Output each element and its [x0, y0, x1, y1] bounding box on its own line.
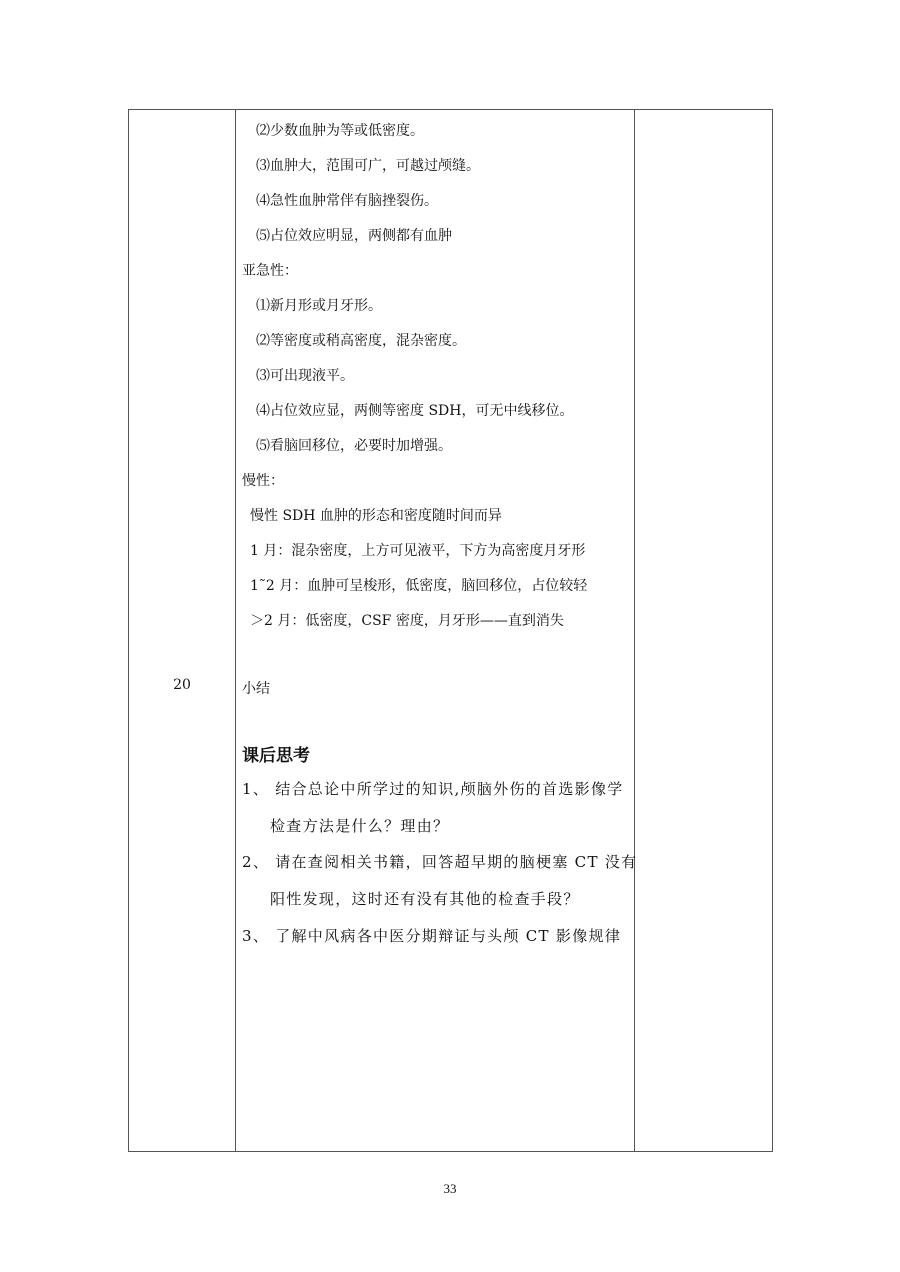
- column-divider: [235, 110, 236, 1151]
- subacute-item: ⑶可出现液平。: [256, 366, 354, 386]
- homework-question: 2、 请在查阅相关书籍，回答超早期的脑梗塞 CT 没有: [242, 852, 637, 872]
- summary-label: 小结: [242, 679, 270, 699]
- chronic-item: ＞2 月：低密度，CSF 密度，月牙形——直到消失: [250, 611, 564, 631]
- subacute-item: ⑷占位效应显，两侧等密度 SDH，可无中线移位。: [256, 401, 573, 421]
- homework-question: 3、 了解中风病各中医分期辩证与头颅 CT 影像规律: [242, 926, 621, 946]
- acute-item: ⑸占位效应明显，两侧都有血肿: [256, 226, 452, 246]
- acute-item: ⑵少数血肿为等或低密度。: [256, 121, 424, 141]
- subacute-item: ⑵等密度或稍高密度，混杂密度。: [256, 331, 466, 351]
- page-number: 33: [0, 1181, 900, 1197]
- lesson-plan-table: 20 ⑵少数血肿为等或低密度。 ⑶血肿大，范围可广，可越过颅缝。 ⑷急性血肿常伴…: [128, 109, 773, 1152]
- time-cell: 20: [129, 677, 235, 693]
- homework-question: 1、 结合总论中所学过的知识,颅脑外伤的首选影像学: [242, 779, 624, 799]
- subacute-item: ⑸看脑回移位，必要时加增强。: [256, 436, 452, 456]
- acute-item: ⑷急性血肿常伴有脑挫裂伤。: [256, 191, 438, 211]
- subacute-item: ⑴新月形或月牙形。: [256, 296, 382, 316]
- acute-item: ⑶血肿大，范围可广，可越过颅缝。: [256, 156, 480, 176]
- subacute-label: 亚急性：: [242, 261, 298, 281]
- chronic-item: 1 月：混杂密度，上方可见液平，下方为高密度月牙形: [250, 541, 585, 561]
- homework-question-cont: 检查方法是什么？理由？: [270, 816, 449, 836]
- chronic-label: 慢性：: [242, 471, 284, 491]
- chronic-item: 慢性 SDH 血肿的形态和密度随时间而异: [250, 506, 502, 526]
- homework-title: 课后思考: [242, 746, 310, 766]
- document-page: 20 ⑵少数血肿为等或低密度。 ⑶血肿大，范围可广，可越过颅缝。 ⑷急性血肿常伴…: [0, 0, 900, 1272]
- homework-question-cont: 阳性发现，这时还有没有其他的检查手段？: [270, 889, 580, 909]
- chronic-item: 1˜2 月：血肿可呈梭形，低密度，脑回移位，占位较轻: [250, 576, 587, 596]
- column-divider: [634, 110, 635, 1151]
